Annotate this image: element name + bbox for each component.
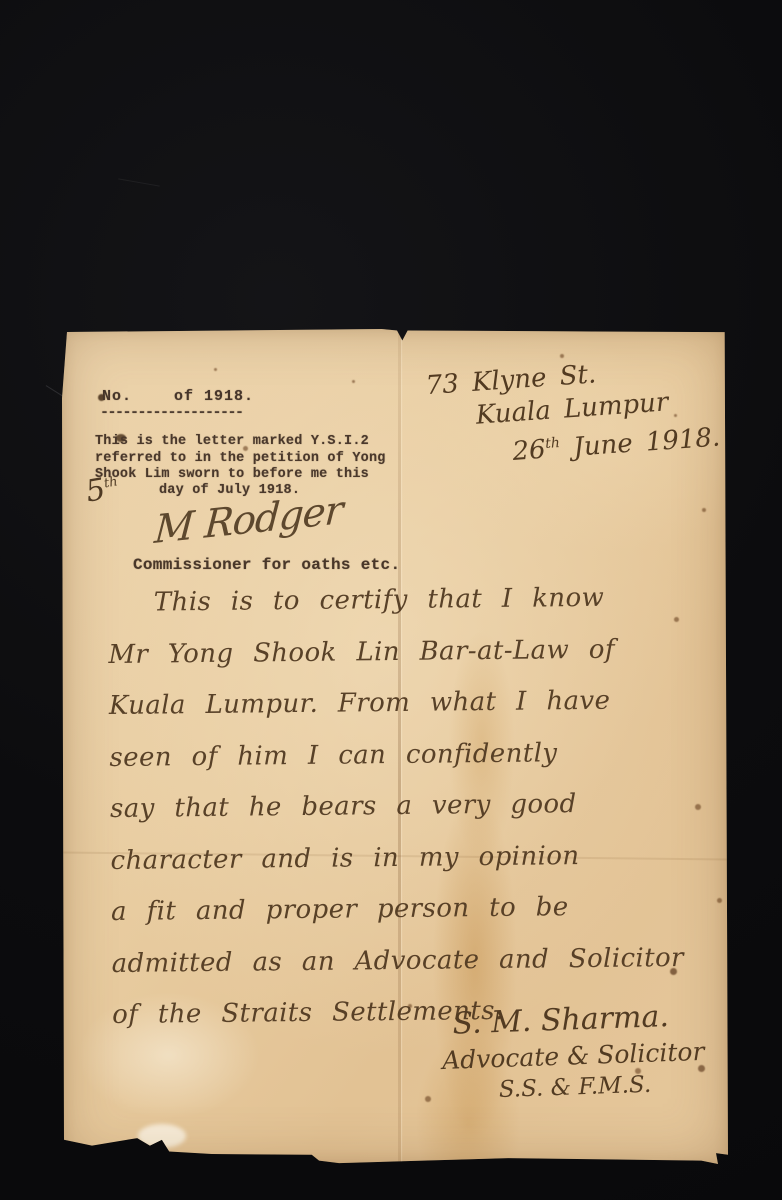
- signature-block: S. M. Sharma. Advocate & Solicitor S.S. …: [440, 998, 671, 1108]
- torn-edge-highlight: [138, 1124, 186, 1148]
- address-date-rest: June 1918.: [559, 422, 721, 463]
- foxing-spot: [214, 368, 217, 371]
- foxing-spot: [425, 1096, 431, 1102]
- address-date-number: 26: [512, 435, 547, 467]
- foxing-spot: [695, 804, 701, 810]
- foxing-spot: [717, 898, 722, 903]
- reference-underline: -------------------: [100, 404, 243, 421]
- letter-body: This is to certify that I know Mr Yong S…: [108, 572, 685, 1041]
- attestation-line-3: Shook Lim sworn to before me this: [95, 467, 386, 484]
- attestation-line-1: This is the letter marked Y.S.I.2: [95, 434, 386, 451]
- letter-paper: No. of 1918. ------------------- This is…: [62, 328, 728, 1164]
- photo-background: No. of 1918. ------------------- This is…: [0, 0, 782, 1200]
- foxing-spot: [352, 380, 355, 383]
- attestation-line-2: referred to in the petition of Yong: [95, 451, 386, 468]
- attestation-day-suffix: th: [103, 474, 119, 491]
- foxing-spot: [702, 508, 706, 512]
- address-block: 73 Klyne St. Kuala Lumpur 26th June 1918…: [425, 350, 722, 475]
- body-line-7: a fit and proper person to be: [111, 881, 684, 938]
- backdrop-scratch: [118, 178, 160, 186]
- body-line-5: say that he bears a very good: [110, 778, 683, 835]
- attestation-block: This is the letter marked Y.S.I.2 referr…: [95, 434, 386, 484]
- body-line-8: admitted as an Advocate and Solicitor: [111, 932, 684, 989]
- attestation-day-handwritten: 5th: [83, 469, 121, 509]
- body-line-4: seen of him I can confidently: [109, 727, 682, 784]
- foxing-spot: [560, 354, 564, 358]
- reference-no-label: No.: [102, 388, 132, 405]
- body-line-3: Kuala Lumpur. From what I have: [109, 675, 682, 732]
- foxing-spot: [698, 1065, 705, 1072]
- address-date-suffix: th: [545, 435, 561, 452]
- body-line-1: This is to certify that I know: [108, 572, 681, 629]
- body-line-2: Mr Yong Shook Lin Bar-at-Law of: [108, 624, 681, 681]
- commissioner-title: Commissioner for oaths etc.: [133, 556, 400, 574]
- reference-year: of 1918.: [174, 388, 254, 405]
- body-line-6: character and is in my opinion: [110, 830, 683, 887]
